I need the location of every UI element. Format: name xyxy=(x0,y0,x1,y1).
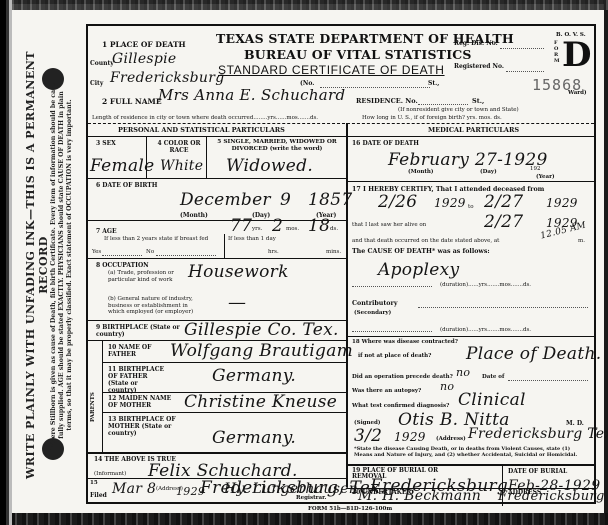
nonresident-note: (If nonresident give city or town and St… xyxy=(398,107,519,113)
city-value[interactable]: Fredericksburg xyxy=(110,70,224,86)
scan-edge-left xyxy=(0,0,12,525)
form-letter: D xyxy=(562,38,591,72)
attended-from[interactable]: 2/26 xyxy=(378,192,417,212)
mother-name-value[interactable]: Christine Kneuse xyxy=(184,392,337,412)
filed-date[interactable]: Mar 8 xyxy=(112,481,156,497)
side-margin-line-1: Where Stillborn is given as cause of Dea… xyxy=(50,30,58,500)
breast-fed-label: If less than 2 years state if breast fed xyxy=(104,236,208,242)
father-name-label: 10 NAME OF FATHER xyxy=(108,344,164,358)
registrar-label: Registrar. xyxy=(296,495,326,501)
age-days[interactable]: 18 xyxy=(308,216,330,236)
informant-label: (Informant) xyxy=(94,471,126,477)
place-of-death-label: 1 PLACE OF DEATH xyxy=(102,40,186,49)
st-label: St., xyxy=(428,80,439,87)
how-long-in-us-label: How long in U. S., if of foreign birth? … xyxy=(362,115,502,121)
undertaker-address-value[interactable]: Fredericksburg Tex. xyxy=(498,489,608,504)
dod-day-label: (Day) xyxy=(480,169,497,175)
age-months-label: mos. xyxy=(286,226,299,232)
dob-day-label: (Day) xyxy=(252,212,270,219)
parents-label: PARENTS xyxy=(90,392,96,422)
residence-label: RESIDENCE. No. xyxy=(356,97,418,105)
form-vertical-label: FORM xyxy=(554,40,560,64)
dod-year-label: (Year) xyxy=(536,174,555,180)
side-margin-line-3: terms, so that it may be properly classi… xyxy=(66,30,74,500)
reg-dis-label: Reg. Dis. No. xyxy=(454,40,498,47)
dob-day[interactable]: 9 xyxy=(280,190,291,210)
color-label: 4 COLOR OR RACE xyxy=(150,140,208,154)
age-years[interactable]: 77 xyxy=(230,216,252,236)
ward-label: Ward) xyxy=(568,90,587,96)
test-label: What test confirmed diagnosis? xyxy=(352,403,449,409)
attended-to-year[interactable]: 1929 xyxy=(546,196,578,210)
occupation-b-label: (b) General nature of industry, business… xyxy=(108,296,204,316)
occupation-value[interactable]: Housework xyxy=(188,262,289,282)
scan-edge-bottom xyxy=(0,513,608,525)
county-label: County xyxy=(90,60,114,67)
header-line-3: STANDARD CERTIFICATE OF DEATH xyxy=(218,63,445,77)
filed-label: Filed xyxy=(90,492,107,499)
to-label: to xyxy=(468,204,474,210)
age-label: 7 AGE xyxy=(96,228,117,235)
registrar-signature[interactable]: Hy. Lungerhausen xyxy=(224,481,358,497)
where-contracted-label: 18 Where was disease contracted? xyxy=(352,339,458,345)
marital-status-value[interactable]: Widowed. xyxy=(226,156,313,176)
dob-month-label: (Month) xyxy=(180,212,208,219)
signed-date[interactable]: 3/2 xyxy=(354,426,382,446)
age-months[interactable]: 2 xyxy=(272,216,283,236)
physician-address-label: (Address) xyxy=(436,436,466,442)
death-certificate-form: 1 PLACE OF DEATH TEXAS STATE DEPARTMENT … xyxy=(86,24,596,504)
operation-label: Did an operation precede death? xyxy=(352,374,453,380)
age-years-label: yrs. xyxy=(252,226,262,232)
secondary-label: (Secondary) xyxy=(354,310,391,316)
age-days-label: ds. xyxy=(330,226,338,232)
cause-of-death-label: The CAUSE OF DEATH* was as follows: xyxy=(352,248,490,255)
side-margin-instructions: WRITE PLAINLY WITH UNFADING INK—THIS IS … xyxy=(14,20,84,510)
residence-st-label: St., xyxy=(472,97,484,105)
birthplace-label: 9 BIRTHPLACE (State or country) xyxy=(96,324,186,338)
less-than-day-label: If less than 1 day xyxy=(228,236,276,242)
form-code: FORM 51b—81D-126-100m xyxy=(308,506,392,512)
registered-no-label: Registered No. xyxy=(454,63,504,70)
mins-label: mins. xyxy=(326,249,341,255)
physician-address[interactable]: Fredericksburg Tex xyxy=(468,426,608,442)
autopsy-label: Was there an autopsy? xyxy=(352,388,421,394)
signed-year[interactable]: 1929 xyxy=(394,430,426,444)
cause-duration-label: (duration)......yrs.......mos.......ds. xyxy=(440,282,531,288)
filed-section: 15 Filed Mar 8 1929 Hy. Lungerhausen Reg… xyxy=(86,478,346,504)
operation-date-label: Date of xyxy=(482,374,504,380)
father-name-value[interactable]: Wolfgang Brautigam xyxy=(170,341,353,361)
contributory-duration-label: (duration)......yrs.......mos.......ds. xyxy=(440,327,531,333)
filed-year[interactable]: 1929 xyxy=(176,485,205,498)
operation-value[interactable]: no xyxy=(456,366,470,379)
personal-particulars-heading: PERSONAL AND STATISTICAL PARTICULARS xyxy=(118,126,285,134)
breast-fed-no-label: No xyxy=(146,249,154,255)
medical-particulars-heading: MEDICAL PARTICULARS xyxy=(428,126,519,134)
mother-birthplace-value[interactable]: Germany. xyxy=(212,428,296,448)
side-margin-title: WRITE PLAINLY WITH UNFADING INK—THIS IS … xyxy=(24,30,50,500)
cause-footnote: *State the disease Causing Death, or in … xyxy=(354,446,590,458)
last-saw-label: that I last saw her alive on xyxy=(352,222,426,228)
death-occurred-label: and that death occurred on the date stat… xyxy=(352,238,499,244)
scan-edge-top xyxy=(0,0,608,10)
marital-status-label: 5 SINGLE, MARRIED, WIDOWED OR DIVORCED (… xyxy=(210,139,344,153)
breast-fed-yes-label: Yes xyxy=(92,249,101,255)
length-of-residence-label: Length of residence in city or town wher… xyxy=(92,115,318,121)
contributory-label: Contributory xyxy=(352,300,397,307)
where-contracted-value[interactable]: Place of Death. xyxy=(466,344,601,364)
mother-birthplace-label: 13 BIRTHPLACE OF MOTHER (State or countr… xyxy=(108,416,188,437)
father-birthplace-label: 11 BIRTHPLACE OF FATHER (State or countr… xyxy=(108,366,168,394)
birthplace-value[interactable]: Gillespie Co. Tex. xyxy=(184,320,339,340)
last-saw-date[interactable]: 2/27 xyxy=(484,212,523,232)
cause-of-death-value[interactable]: Apoplexy xyxy=(378,260,459,280)
occupation-a-label: (a) Trade, profession or particular kind… xyxy=(108,270,188,283)
filed-number: 15 xyxy=(90,480,98,486)
city-label: City xyxy=(90,80,103,87)
autopsy-value[interactable]: no xyxy=(440,380,454,393)
not-place-label: if not at place of death? xyxy=(358,353,431,359)
sex-label: 3 SEX xyxy=(96,140,116,147)
dob-label: 6 DATE OF BIRTH xyxy=(96,182,157,189)
mother-name-label: 12 MAIDEN NAME OF MOTHER xyxy=(108,395,172,409)
date-of-death-label: 16 DATE OF DEATH xyxy=(352,140,419,147)
father-birthplace-value[interactable]: Germany. xyxy=(212,366,296,386)
dob-year[interactable]: 1857 xyxy=(308,190,352,210)
hrs-label: hrs. xyxy=(268,249,279,255)
date-of-death-value[interactable]: February 27-1929 xyxy=(388,150,548,170)
occupation-b-value[interactable]: — xyxy=(228,292,246,313)
attended-from-year[interactable]: 1929 xyxy=(434,196,466,210)
sex-value[interactable]: Female xyxy=(90,156,154,176)
test-value[interactable]: Clinical xyxy=(458,390,526,410)
header-line-2: BUREAU OF VITAL STATISTICS xyxy=(244,47,472,62)
dod-month-label: (Month) xyxy=(408,169,434,175)
side-margin-line-2: fully supplied. AGE should be stated EXA… xyxy=(58,30,66,500)
county-value[interactable]: Gillespie xyxy=(112,51,177,67)
undertaker-value[interactable]: M. H. Beckmann xyxy=(358,488,481,504)
color-value[interactable]: White xyxy=(160,158,203,174)
dod-year-suffix: 192 xyxy=(530,166,541,172)
burial-date-label: DATE OF BURIAL xyxy=(508,468,567,475)
dob-month[interactable]: December xyxy=(180,190,271,210)
attended-to[interactable]: 2/27 xyxy=(484,192,523,212)
full-name-label: 2 FULL NAME xyxy=(102,97,162,106)
time-m-label: m. xyxy=(578,238,585,244)
occupation-label: 8 OCCUPATION xyxy=(96,262,149,269)
full-name-value[interactable]: Mrs Anna E. Schuchard xyxy=(158,86,345,104)
